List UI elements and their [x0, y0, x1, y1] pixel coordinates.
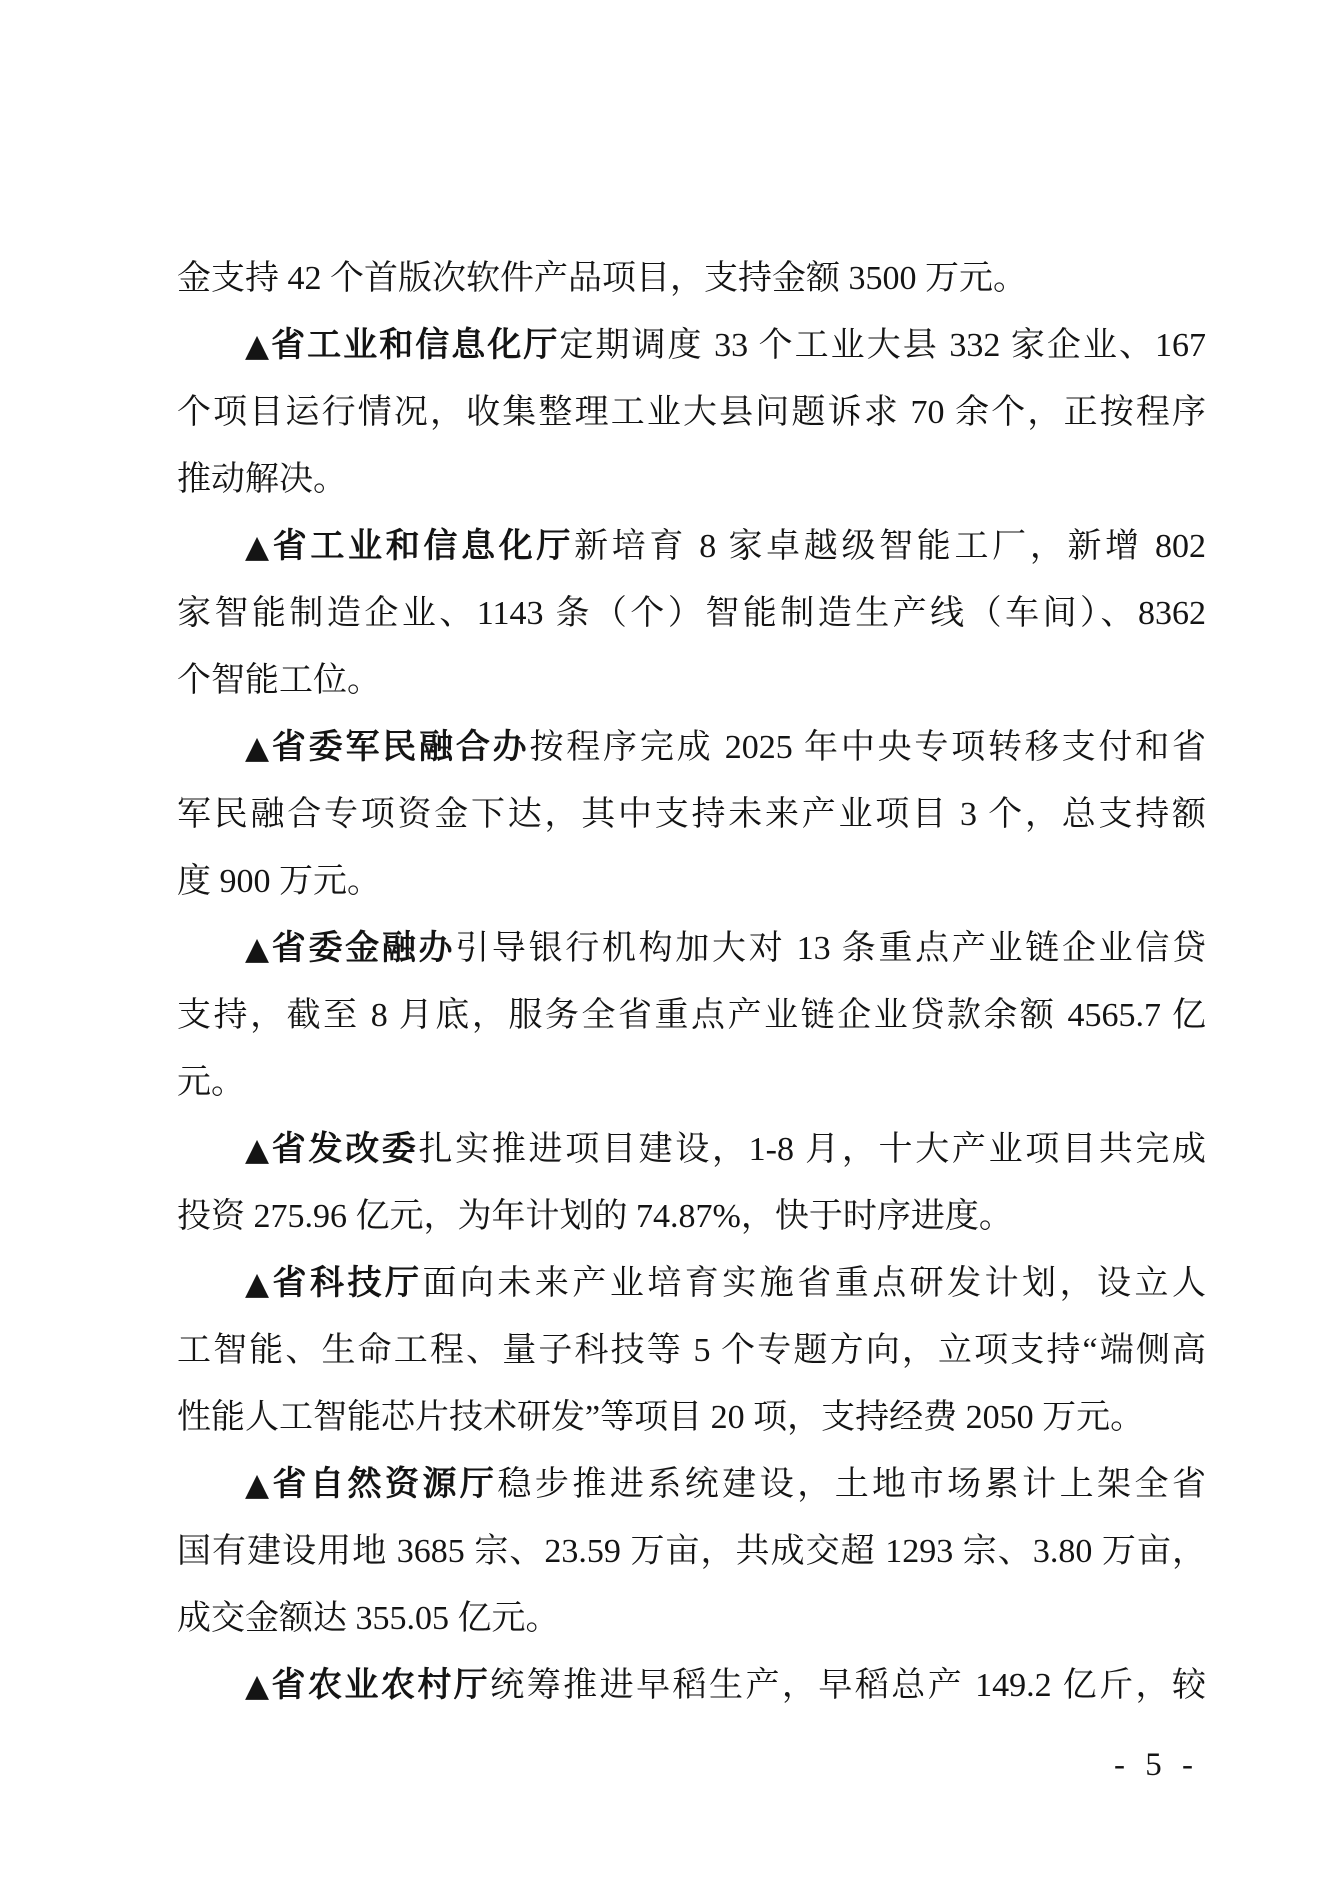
- document-page: 金支持 42 个首版次软件产品项目，支持金额 3500 万元。▲省工业和信息化厅…: [0, 0, 1334, 1887]
- paragraph-text: 扎实推进项目建设，1-8 月，十大产业项目共完成: [418, 1131, 1206, 1168]
- text-line: ▲省委军民融合办按程序完成 2025 年中央专项转移支付和省: [177, 714, 1206, 781]
- paragraph-text: 性能人工智能芯片技术研发”等项目 20 项，支持经费 2050 万元。: [177, 1384, 1206, 1451]
- paragraph-text: 国有建设用地 3685 宗、23.59 万亩，共成交超 1293 宗、3.80 …: [177, 1518, 1206, 1585]
- text-line: ▲省自然资源厅稳步推进系统建设，土地市场累计上架全省: [177, 1451, 1206, 1518]
- paragraph-text: 军民融合专项资金下达，其中支持未来产业项目 3 个，总支持额: [177, 781, 1206, 848]
- paragraph-text: 度 900 万元。: [177, 848, 1206, 915]
- paragraph-text: 个智能工位。: [177, 647, 1206, 714]
- text-line: ▲省委金融办引导银行机构加大对 13 条重点产业链企业信贷: [177, 915, 1206, 982]
- paragraph-text: 引导银行机构加大对 13 条重点产业链企业信贷: [455, 930, 1206, 967]
- text-line: ▲省农业农村厅统筹推进早稻生产，早稻总产 149.2 亿斤，较: [177, 1652, 1206, 1719]
- paragraph-text: 家智能制造企业、1143 条（个）智能制造生产线（车间）、8362: [177, 580, 1206, 647]
- paragraph-text: 投资 275.96 亿元，为年计划的 74.87%，快于时序进度。: [177, 1183, 1206, 1250]
- triangle-bullet-icon: ▲: [245, 1467, 273, 1503]
- paragraph-text: 元。: [177, 1049, 1206, 1116]
- triangle-bullet-icon: ▲: [245, 529, 273, 565]
- page-number: - 5 -: [1114, 1743, 1194, 1787]
- department-name: 省农业农村厅: [272, 1666, 491, 1704]
- department-name: 省自然资源厅: [273, 1465, 498, 1503]
- triangle-bullet-icon: ▲: [245, 1266, 273, 1302]
- body-text: 金支持 42 个首版次软件产品项目，支持金额 3500 万元。▲省工业和信息化厅…: [177, 245, 1206, 1719]
- triangle-bullet-icon: ▲: [245, 730, 272, 766]
- paragraph-text: 定期调度 33 个工业大县 332 家企业、167: [559, 327, 1206, 364]
- department-name: 省工业和信息化厅: [271, 326, 559, 364]
- paragraph-text: 新培育 8 家卓越级智能工厂，新增 802: [574, 528, 1206, 565]
- paragraph-text: 支持，截至 8 月底，服务全省重点产业链企业贷款余额 4565.7 亿: [177, 982, 1206, 1049]
- paragraph-text: 统筹推进早稻生产，早稻总产 149.2 亿斤，较: [490, 1667, 1206, 1704]
- text-line: ▲省科技厅面向未来产业培育实施省重点研发计划，设立人: [177, 1250, 1206, 1317]
- triangle-bullet-icon: ▲: [245, 328, 271, 364]
- department-name: 省科技厅: [273, 1264, 423, 1302]
- triangle-bullet-icon: ▲: [245, 1132, 272, 1168]
- text-line: ▲省发改委扎实推进项目建设，1-8 月，十大产业项目共完成: [177, 1116, 1206, 1183]
- paragraph-text: 推动解决。: [177, 446, 1206, 513]
- department-name: 省委金融办: [272, 929, 455, 967]
- paragraph-text: 个项目运行情况，收集整理工业大县问题诉求 70 余个，正按程序: [177, 379, 1206, 446]
- department-name: 省工业和信息化厅: [273, 527, 574, 565]
- paragraph-text: 稳步推进系统建设，土地市场累计上架全省: [497, 1466, 1206, 1503]
- paragraph-text: 金支持 42 个首版次软件产品项目，支持金额 3500 万元。: [177, 245, 1206, 312]
- triangle-bullet-icon: ▲: [245, 1668, 272, 1704]
- text-line: ▲省工业和信息化厅新培育 8 家卓越级智能工厂，新增 802: [177, 513, 1206, 580]
- department-name: 省委军民融合办: [272, 728, 530, 766]
- department-name: 省发改委: [272, 1130, 419, 1168]
- paragraph-text: 按程序完成 2025 年中央专项转移支付和省: [529, 729, 1206, 766]
- triangle-bullet-icon: ▲: [245, 931, 272, 967]
- paragraph-text: 成交金额达 355.05 亿元。: [177, 1585, 1206, 1652]
- text-line: ▲省工业和信息化厅定期调度 33 个工业大县 332 家企业、167: [177, 312, 1206, 379]
- paragraph-text: 工智能、生命工程、量子科技等 5 个专题方向，立项支持“端侧高: [177, 1317, 1206, 1384]
- paragraph-text: 面向未来产业培育实施省重点研发计划，设立人: [422, 1265, 1206, 1302]
